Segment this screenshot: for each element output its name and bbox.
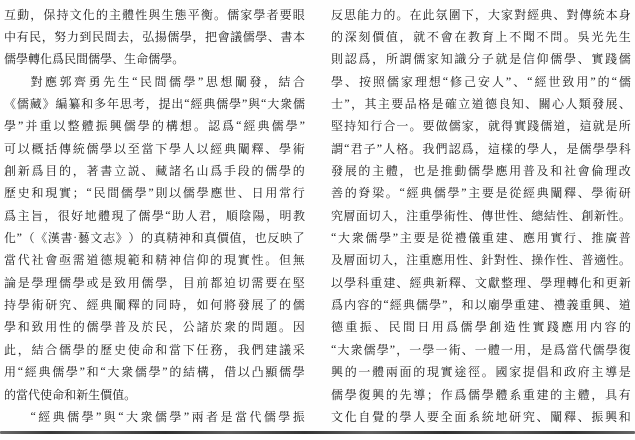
text-line: 興的一體兩面的現實途徑。國家提倡和政府主導是 xyxy=(331,361,631,383)
text-column-left: 互動，保持文化的主體性與生態平衡。儒家學者要眼中有民，努力到民間去，弘揚儒學，把… xyxy=(4,3,305,428)
text-line: 此，結合儒學的歷史使命和當下任務，我們建議采 xyxy=(4,338,305,360)
text-line: 堅持知行合一。要做儒家，就得實踐儒道，這就是所 xyxy=(331,115,631,137)
text-line: 《儒藏》編纂和多年思考，提出“經典儒學”與“大衆儒 xyxy=(4,92,305,114)
text-line: 當代社會亟需道德規範和精神信仰的現實性。但無 xyxy=(4,249,305,271)
text-line: “大衆儒學”主要是從禮儀重建、應用實行、推廣普 xyxy=(331,226,631,248)
text-line: 歷史和現實；“民間儒學”則以儒學應世、日用常行 xyxy=(4,182,305,204)
bottom-rule-divider xyxy=(0,431,635,434)
text-line: 士”，其主要品格是確立道德良知、關心人類發展、 xyxy=(331,92,631,114)
text-line: 互動，保持文化的主體性與生態平衡。儒家學者要眼 xyxy=(4,3,305,25)
text-line: 學、按照儒家理想“修己安人”、“經世致用”的“儒 xyxy=(331,70,631,92)
text-line: 的深刻價值，就不會在教育上不聞不問。吳光先生 xyxy=(331,25,631,47)
text-line: 儒學轉化爲民間儒學、生命儒學。 xyxy=(4,48,305,70)
text-line: 發展的主體，也是推動儒學應用普及和社會倫理改 xyxy=(331,159,631,181)
text-line: 謂“君子”人格。我們認爲，這樣的學人，是儒學學科 xyxy=(331,137,631,159)
text-line: 創新爲目的，著書立説、藏諸名山爲手段的儒學的 xyxy=(4,159,305,181)
text-line: 德重振、民間日用爲儒學創造性實踐應用内容的 xyxy=(331,316,631,338)
text-line: 及層面切入，注重應用性、針對性、操作性、普適性。 xyxy=(331,249,631,271)
text-line: 儒學復興的先導；作爲儒學體系重建的主體，具有 xyxy=(331,383,631,405)
text-line: “大衆儒學”，一學一術、一體一用，是爲當代儒學復 xyxy=(331,338,631,360)
text-line: 文化自覺的學人要全面系統地研究、闡釋、振興和 xyxy=(331,405,631,427)
text-line: 中有民，努力到民間去，弘揚儒學，把會議儒學、書本 xyxy=(4,25,305,47)
text-line: 持學術研究、經典闡釋的同時，如何將發展了的儒 xyxy=(4,293,305,315)
scanned-document-page: 互動，保持文化的主體性與生態平衡。儒家學者要眼中有民，努力到民間去，弘揚儒學，把… xyxy=(0,0,635,440)
text-line: 用“經典儒學”和“大衆儒學”的結構，借以凸顯儒學 xyxy=(4,361,305,383)
text-line: 對應郭齊勇先生“民間儒學”思想闡發，結合 xyxy=(4,70,305,92)
text-column-right: 反思能力的。在此氛圍下，大家對經典、對傳統本身的深刻價值，就不會在教育上不聞不問… xyxy=(331,3,631,428)
text-line: 學”并重以整體振興儒學的構想。認爲“經典儒學” xyxy=(4,115,305,137)
text-line: 可以概括傳統儒學以至當下學人以經典闡釋、學術 xyxy=(4,137,305,159)
text-line: 則認爲，所謂儒家知識分子就是信仰儒學、實踐儒 xyxy=(331,48,631,70)
text-line: 的當代使命和新生價值。 xyxy=(4,383,305,405)
text-line: 反思能力的。在此氛圍下，大家對經典、對傳統本身 xyxy=(331,3,631,25)
text-line: 論是學理儒學或是致用儒學，目前都迫切需要在堅 xyxy=(4,271,305,293)
text-line: “經典儒學”與“大衆儒學”兩者是當代儒學振 xyxy=(4,405,305,427)
text-line: 學和致用性的儒學普及於民，公諸於衆的問題。因 xyxy=(4,316,305,338)
text-line: 化”（《漢書·藝文志》）的真精神和真價值，也反映了 xyxy=(4,226,305,248)
text-line: 善的脊梁。“經典儒學”主要是從經典闡釋、學術研 xyxy=(331,182,631,204)
text-line: 究層面切入，注重學術性、傳世性、總結性、創新性。 xyxy=(331,204,631,226)
text-line: 爲主旨，很好地體現了儒學“助人君，順陰陽，明教 xyxy=(4,204,305,226)
text-line: 以學科重建、經典新釋、文獻整理、學理轉化和更新 xyxy=(331,271,631,293)
text-line: 爲内容的“經典儒學”，和以廟學重建、禮義重興、道 xyxy=(331,293,631,315)
